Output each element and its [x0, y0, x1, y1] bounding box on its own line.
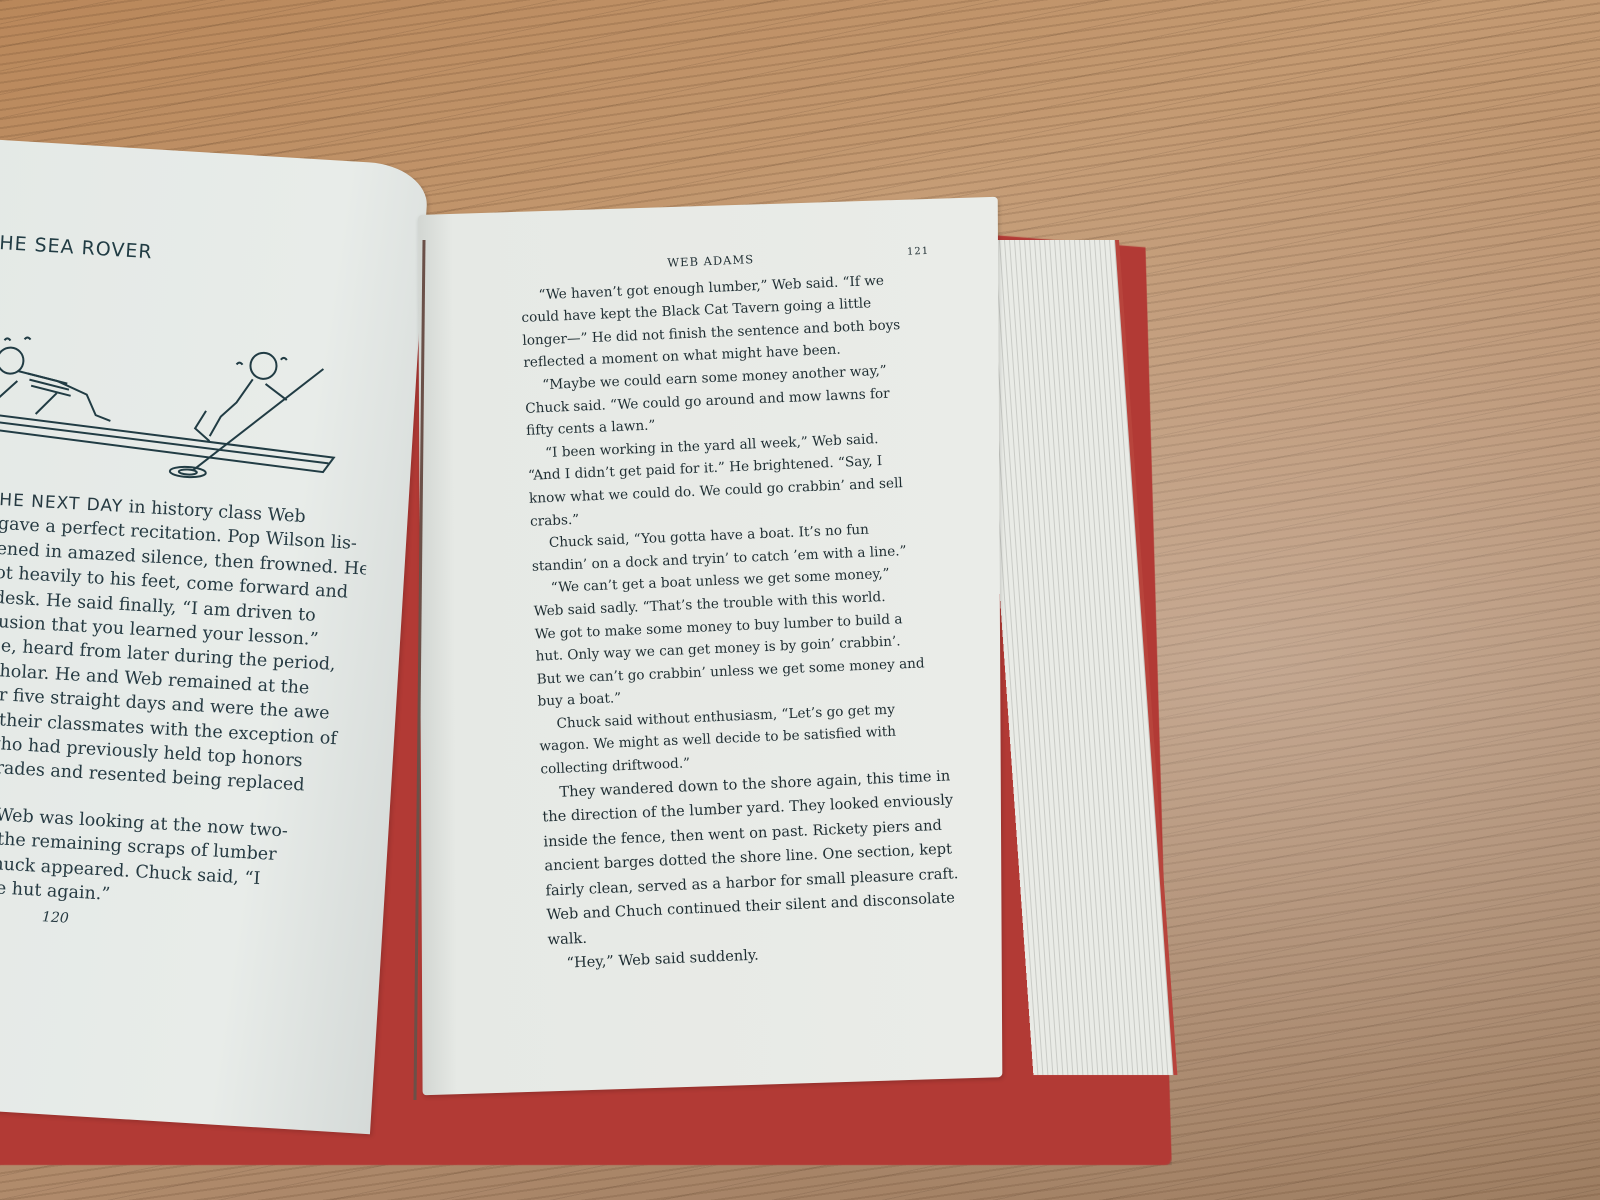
right-page-body: WEB ADAMS 121 “We haven’t got enough lum… [519, 240, 979, 977]
page-number-left: 120 [42, 909, 70, 926]
running-head-title: WEB ADAMS [667, 248, 755, 274]
boys-pushing-boat-illustration-icon [0, 330, 379, 504]
left-page-body: HE NEXT DAY in history class Web gave a … [0, 488, 369, 921]
page-number-right: 121 [907, 241, 930, 264]
